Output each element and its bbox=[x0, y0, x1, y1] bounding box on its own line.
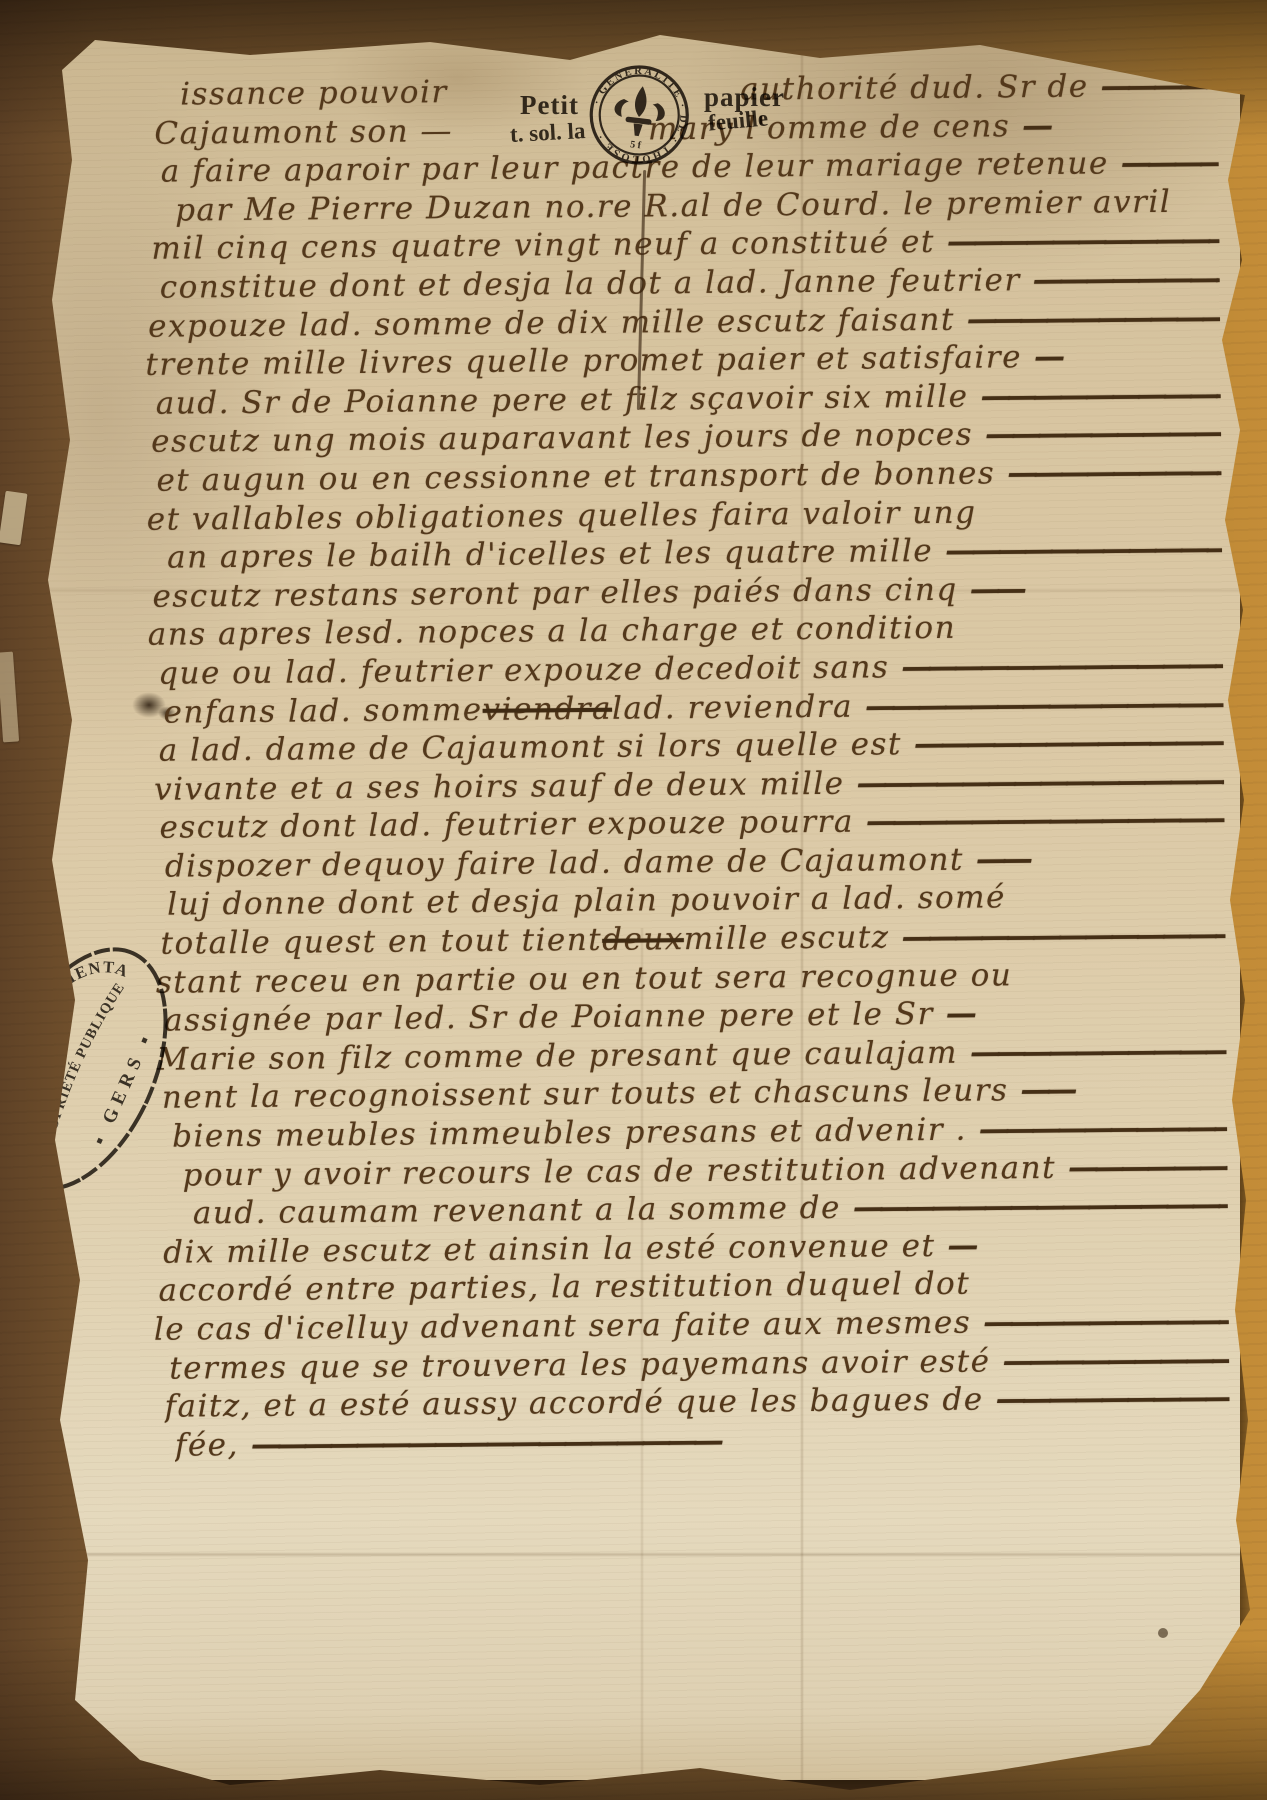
line-text: enfans lad. somme bbox=[163, 691, 482, 730]
under-sheet-edge bbox=[0, 652, 19, 743]
tax-stamp-word-right-2: feuille bbox=[707, 105, 769, 136]
line-filler-dash bbox=[977, 520, 1222, 522]
tax-stamp-word-left-2: t. sol. la bbox=[509, 118, 586, 148]
line-text: escutz dont lad. feutrier expouze pourra bbox=[159, 804, 854, 846]
tax-stamp-seal: · GENERALITE · DE · THOLOSE · 5 f bbox=[571, 47, 707, 183]
line-text: mille escutz bbox=[684, 919, 890, 957]
line-filler-dash: —————————————————— bbox=[841, 1187, 1228, 1226]
line-filler-dash: —————————————————— bbox=[889, 646, 1223, 685]
line-filler-dash: —————————————————— bbox=[955, 299, 1221, 337]
line-filler-dash: —————————————————— bbox=[933, 531, 1222, 570]
line-text: assignée par led. Sr de Poianne pere et … bbox=[164, 996, 934, 1039]
line-text: vivante et a ses hoirs sauf de deux mill… bbox=[154, 765, 845, 807]
line-filler-dash: —————————————————— bbox=[990, 1341, 1229, 1379]
line-filler-dash: —————————————————— bbox=[239, 1418, 1230, 1463]
line-filler-dash: —————————————————— bbox=[1109, 145, 1219, 182]
line-text: Marie son filz comme de presant que caul… bbox=[156, 1035, 958, 1078]
line-filler-dash: —————————————————— bbox=[971, 1302, 1229, 1340]
tax-stamp-word-left-1: Petit bbox=[520, 90, 579, 121]
manuscript-line: fée,—————————————————— bbox=[175, 1418, 1230, 1466]
line-filler-dash: —————————————————— bbox=[973, 415, 1221, 453]
line-text: stant receu en partie ou en tout sera re… bbox=[156, 957, 1013, 1000]
line-filler-dash: —————————————————— bbox=[958, 1032, 1227, 1070]
line-text: nent la recognoissent sur touts et chasc… bbox=[162, 1073, 1009, 1116]
line-filler-dash: —————————————————— bbox=[844, 762, 1224, 801]
line-text: totalle quest en tout tient bbox=[160, 922, 602, 962]
line-filler-dash: —————————————————— bbox=[854, 801, 1225, 840]
line-text: aud. caumam revenant a la somme de bbox=[193, 1190, 841, 1232]
line-text: ans apres lesd. nopces a la charge et co… bbox=[148, 610, 957, 653]
line-filler-dash: —————————————————— bbox=[853, 685, 1224, 724]
struck-text: viendra bbox=[482, 690, 612, 727]
under-sheet-edge bbox=[0, 491, 28, 546]
line-filler-dash: —————————————————— bbox=[995, 453, 1222, 491]
struck-text: deux bbox=[602, 921, 684, 958]
line-text: aud. Sr de Poianne pere et filz sçavoir … bbox=[156, 378, 969, 421]
line-text: mil cinq cens quatre vingt neuf a consti… bbox=[151, 224, 935, 267]
line-text: dix mille escutz et ainsin la esté conve… bbox=[163, 1228, 936, 1271]
archive-stamp-bottom-text: ▪ GERS ▪ bbox=[89, 1028, 158, 1149]
line-text: a lad. dame de Cajaumont si lors quelle … bbox=[159, 726, 902, 768]
line-text: dispozer dequoy faire lad. dame de Cajau… bbox=[165, 842, 964, 885]
line-text: pour y avoir recours le cas de restituti… bbox=[182, 1150, 1056, 1194]
line-text: que ou lad. feutrier expouze decedoit sa… bbox=[158, 649, 889, 691]
photo-of-manuscript: issance pouvoir authorité dud. Sr de————… bbox=[0, 0, 1267, 1800]
line-filler-dash: —————————————————— bbox=[1056, 1148, 1228, 1185]
line-text: constitue dont et desja la dot a lad. Ja… bbox=[160, 262, 1021, 306]
tax-stamp: · GENERALITE · DE · THOLOSE · 5 f bbox=[571, 47, 707, 187]
line-filler-dash: — bbox=[935, 1225, 1228, 1264]
line-filler-dash: — bbox=[1022, 338, 1221, 376]
fold-crease bbox=[28, 1552, 1240, 1557]
line-filler-dash: —————————————————— bbox=[889, 916, 1225, 955]
manuscript-sheet: issance pouvoir authorité dud. Sr de————… bbox=[28, 28, 1240, 1780]
svg-text:ARCHIVES DÉPARTEMENTALES: ARCHIVES DÉPARTEMENTALES bbox=[0, 919, 133, 1213]
line-filler-dash: —————————————————— bbox=[983, 1380, 1229, 1418]
line-text: fée, bbox=[175, 1427, 239, 1464]
line-filler-dash: —————————————————— bbox=[1088, 67, 1218, 104]
line-filler-dash: — bbox=[934, 994, 1227, 1033]
line-filler-dash: — bbox=[1010, 106, 1219, 144]
line-filler-dash bbox=[956, 636, 1223, 638]
line-text: faitz, et a esté aussy accordé que les b… bbox=[164, 1382, 983, 1425]
fleur-de-lis-icon bbox=[612, 83, 668, 139]
line-filler-dash: —— bbox=[958, 569, 1223, 607]
line-filler-dash: —————————————————— bbox=[1021, 260, 1220, 298]
handwritten-text-block: issance pouvoir authorité dud. Sr de————… bbox=[168, 67, 1230, 1465]
line-text: luj donne dont et desja plain pouvoir a … bbox=[167, 880, 1006, 923]
line-filler-dash: —————————————————— bbox=[968, 376, 1221, 414]
line-text: et vallables obligationes quelles faira … bbox=[147, 494, 977, 537]
line-filler-dash: —— bbox=[964, 839, 1225, 877]
line-text: par Me Pierre Duzan no.re R.al de Courd.… bbox=[175, 184, 1171, 229]
line-filler-dash: —————————————————— bbox=[935, 222, 1220, 260]
line-text: trente mille livres quelle promet paier … bbox=[145, 339, 1022, 383]
line-filler-dash bbox=[1012, 983, 1226, 985]
line-text: escutz ung mois auparavant les jours de … bbox=[151, 417, 973, 460]
archive-stamp-arc-text: ARCHIVES DÉPARTEMENTALES bbox=[0, 919, 133, 1213]
line-filler-dash: —————————————————— bbox=[902, 724, 1224, 763]
line-text: et augun ou en cessionne et transport de… bbox=[156, 455, 995, 498]
line-text: an apres le bailh d'icelles et les quatr… bbox=[167, 533, 933, 576]
line-text: expouze lad. somme de dix mille escutz f… bbox=[148, 301, 955, 344]
line-text: biens meubles immeubles presans et adven… bbox=[172, 1112, 967, 1155]
line-text: lad. reviendra bbox=[612, 688, 853, 726]
line-text: le cas d'icelluy advenant sera faite aux… bbox=[154, 1305, 972, 1348]
line-filler-dash bbox=[1006, 906, 1225, 908]
line-text: termes que se trouvera les payemans avoi… bbox=[169, 1343, 991, 1386]
tax-stamp-denomination: 5 f bbox=[629, 139, 642, 151]
line-text: escutz restans seront par elles paiés da… bbox=[152, 571, 958, 614]
line-filler-dash: —————————————————— bbox=[967, 1109, 1228, 1147]
paper-stain bbox=[1158, 1628, 1168, 1638]
line-filler-dash: —— bbox=[1008, 1071, 1227, 1109]
line-text: accordé entre parties, la restitution du… bbox=[158, 1266, 970, 1309]
line-filler-dash bbox=[970, 1292, 1228, 1294]
